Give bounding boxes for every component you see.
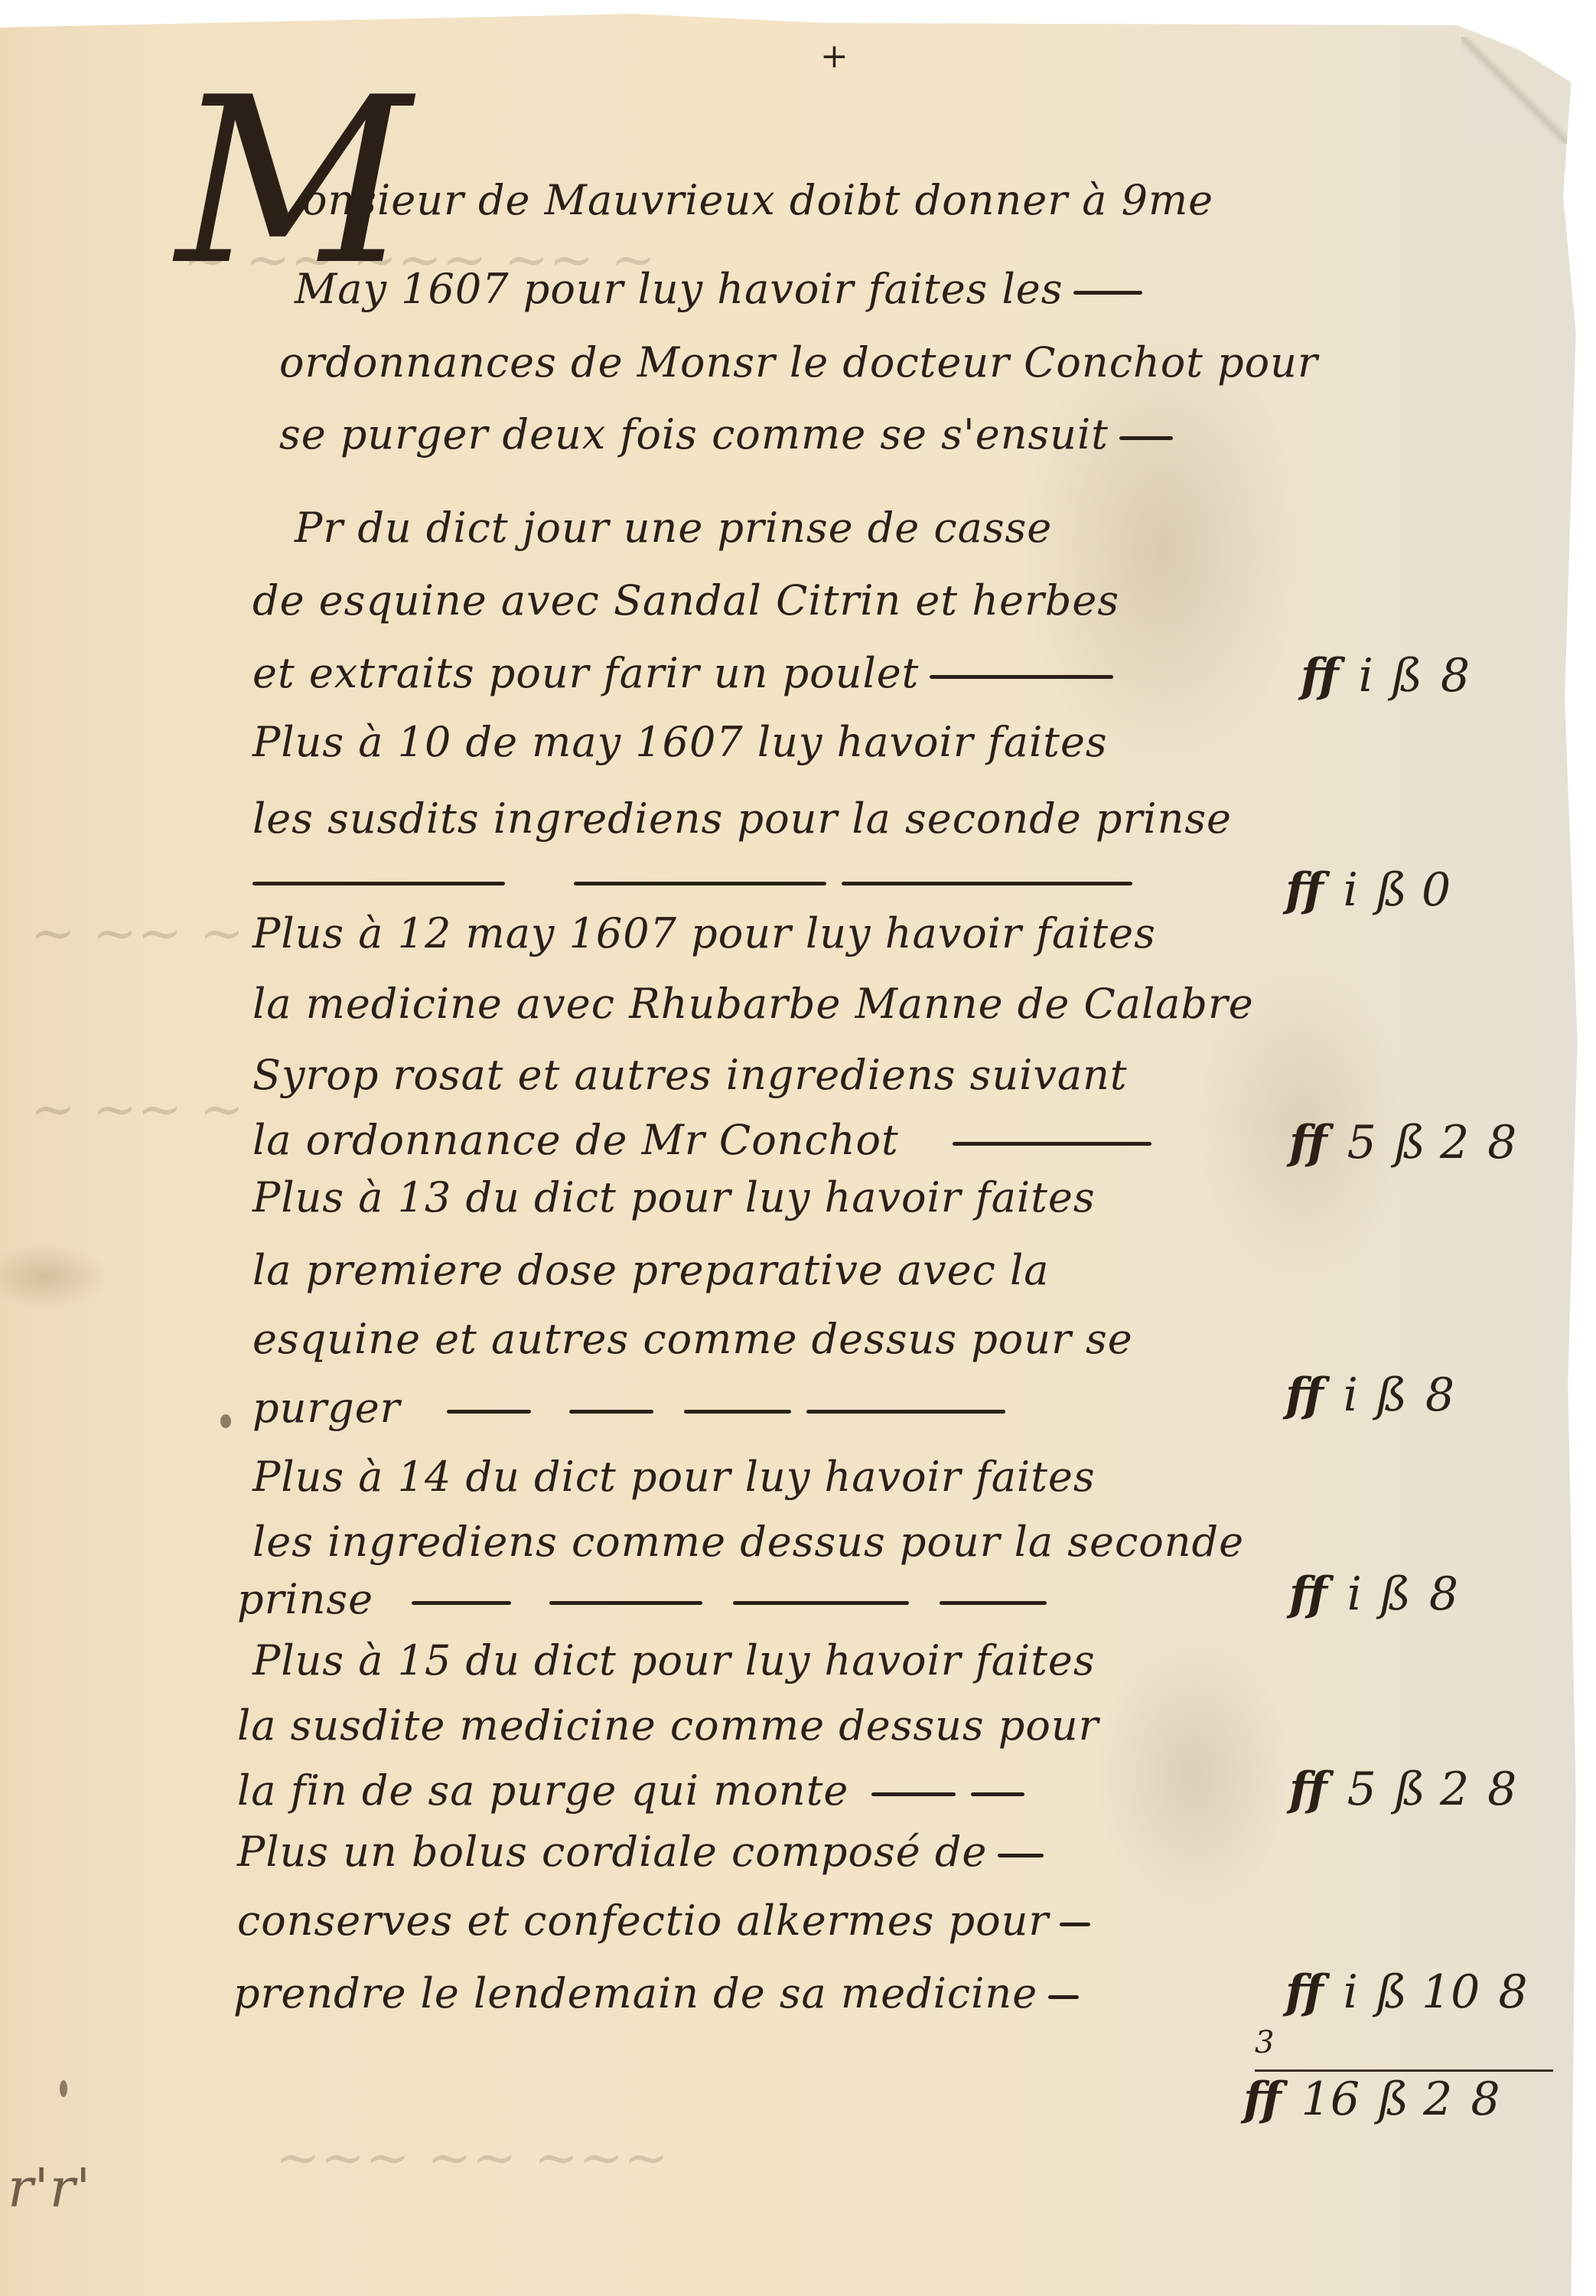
entry-2-line-1: Plus à 10 de may 1607 luy havoir faites (252, 718, 1108, 766)
entry-5-line-3: prinse (237, 1575, 1047, 1623)
entry-3-line-3: Syrop rosat et autres ingrediens suivant (252, 1051, 1128, 1099)
filler-dash (842, 882, 1132, 885)
manuscript-page: ​~ ~~ ~~~ ~~ ~ ~ ~~ ~ ~ ~~ ~ ~~~ ~~ ~~~ … (0, 14, 1584, 2296)
entry-4-line-3: esquine et autres comme dessus pour se (252, 1315, 1133, 1363)
bottom-left-marginal-marks: r'r' (8, 2157, 91, 2219)
filler-dash (684, 1410, 791, 1414)
filler-dash (1060, 1923, 1090, 1926)
total-amount: ff16ß 28 (1243, 2073, 1500, 2126)
filler-dash (733, 1601, 909, 1605)
entry-5-line-2: les ingrediens comme dessus pour la seco… (252, 1518, 1244, 1566)
filler-dash (569, 1410, 653, 1414)
entry-7-line-2: conserves et confectio alkermes pour (237, 1896, 1090, 1945)
entry-4-amount: ffiß8 (1285, 1368, 1454, 1422)
entry-4-line-1: Plus à 13 du dict pour luy havoir faites (252, 1173, 1096, 1221)
heading-line-1: onsieur de Mauvrieux doibt donner à 9me (302, 176, 1213, 224)
heading-line-2: May 1607 pour luy havoir faites les (295, 265, 1142, 313)
filler-dash (971, 1792, 1024, 1796)
entry-1-line-2: de esquine avec Sandal Citrin et herbes (252, 576, 1119, 625)
heading-line-4: se purger deux fois comme se s'ensuit (279, 410, 1173, 458)
filler-dash (953, 1142, 1151, 1146)
filler-dash (1048, 1995, 1079, 1999)
entry-2-line-2: les susdits ingrediens pour la seconde p… (252, 794, 1232, 843)
entry-1-line-3: et extraits pour farir un poulet (252, 649, 1113, 697)
total-mark: 3 (1255, 2025, 1274, 2060)
filler-dash (447, 1410, 531, 1414)
filler-dash (806, 1410, 1005, 1414)
entry-3-amount: ff5ß 28 (1289, 1116, 1516, 1169)
entry-6-line-3: la fin de sa purge qui monte (237, 1766, 1024, 1815)
filler-dash (871, 1792, 956, 1796)
entry-7-amount: ffiß 108 (1285, 1965, 1528, 2019)
filler-dash (930, 675, 1113, 679)
filler-dash (1073, 291, 1142, 295)
entry-6-line-1: Plus à 15 du dict pour luy havoir faites (252, 1636, 1096, 1684)
filler-dash (1119, 436, 1173, 440)
entry-5-amount: ffiß8 (1289, 1567, 1458, 1621)
entry-3-line-2: la medicine avec Rhubarbe Manne de Calab… (252, 980, 1254, 1028)
heading-line-3: ordonnances de Monsr le docteur Conchot … (279, 338, 1318, 386)
entry-4-line-4: purger (252, 1384, 1005, 1432)
filler-dash (412, 1601, 511, 1605)
entry-6-amount: ff5ß 28 (1289, 1763, 1516, 1816)
entry-5-line-1: Plus à 14 du dict pour luy havoir faites (252, 1453, 1096, 1501)
entry-3-line-1: Plus à 12 may 1607 pour luy havoir faite… (252, 909, 1156, 957)
entry-7-line-3: prendre le lendemain de sa medicine (233, 1969, 1079, 2017)
filler-dash (549, 1601, 702, 1605)
entry-2-amount: ffiß 0 (1285, 863, 1469, 917)
entry-2-rule (252, 856, 1132, 904)
entry-6-line-2: la susdite medicine comme dessus pour (237, 1701, 1099, 1750)
filler-dash (940, 1601, 1047, 1605)
text-body: onsieur de Mauvrieux doibt donner à 9me … (0, 14, 1584, 2296)
entry-1-amount: ffiß8 (1301, 649, 1470, 703)
total-rule (1255, 2069, 1553, 2072)
filler-dash (252, 882, 505, 885)
filler-dash (574, 882, 826, 885)
entry-7-line-1: Plus un bolus cordiale composé de (237, 1828, 1044, 1876)
entry-3-line-4: la ordonnance de Mr Conchot (252, 1116, 1151, 1164)
filler-dash (998, 1854, 1044, 1857)
entry-1-line-1: Pr du dict jour une prinse de casse (295, 504, 1052, 552)
entry-4-line-2: la premiere dose preparative avec la (252, 1246, 1050, 1294)
